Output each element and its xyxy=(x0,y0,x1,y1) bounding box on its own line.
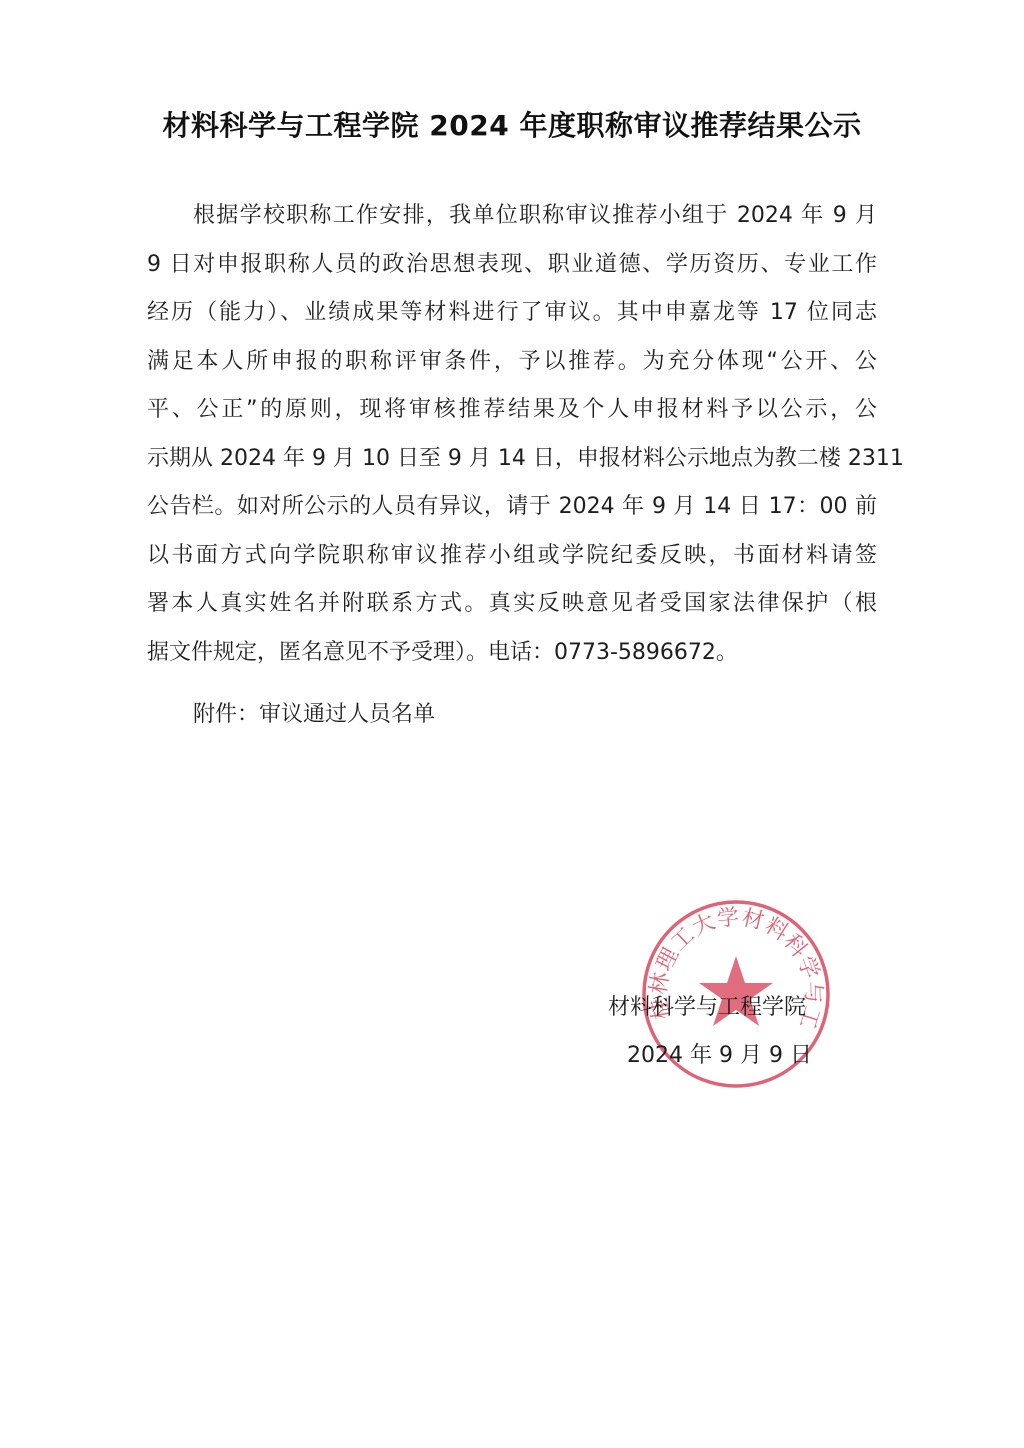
page-title: 材料科学与工程学院 2024 年度职称审议推荐结果公示 xyxy=(0,104,1024,144)
notice-body: 根据学校职称工作安排，我单位职称审议推荐小组于 2024 年 9 月 9 日对申… xyxy=(147,192,877,677)
body-line: 署本人真实姓名并附联系方式。真实反映意见者受国家法律保护（根 xyxy=(147,580,877,629)
body-line: 9 日对申报职称人员的政治思想表现、职业道德、学历资历、专业工作 xyxy=(147,241,877,290)
body-line: 满足本人所申报的职称评审条件，予以推荐。为充分体现“公开、公 xyxy=(147,338,877,387)
attachment-note: 附件：审议通过人员名单 xyxy=(193,697,435,728)
signature-organization: 材料科学与工程学院 xyxy=(608,990,806,1021)
signature-date: 2024 年 9 月 9 日 xyxy=(627,1038,812,1069)
body-line: 根据学校职称工作安排，我单位职称审议推荐小组于 2024 年 9 月 xyxy=(147,192,877,241)
body-line: 以书面方式向学院职称审议推荐小组或学院纪委反映，书面材料请签 xyxy=(147,532,877,581)
body-line: 平、公正”的原则，现将审核推荐结果及个人申报材料予以公示，公 xyxy=(147,386,877,435)
body-line: 据文件规定，匿名意见不予受理）。电话：0773-5896672。 xyxy=(147,629,877,678)
body-line: 示期从 2024 年 9 月 10 日至 9 月 14 日，申报材料公示地点为教… xyxy=(147,435,877,484)
body-line: 经历（能力）、业绩成果等材料进行了审议。其中申嘉龙等 17 位同志 xyxy=(147,289,877,338)
body-line: 公告栏。如对所公示的人员有异议，请于 2024 年 9 月 14 日 17：00… xyxy=(147,483,877,532)
